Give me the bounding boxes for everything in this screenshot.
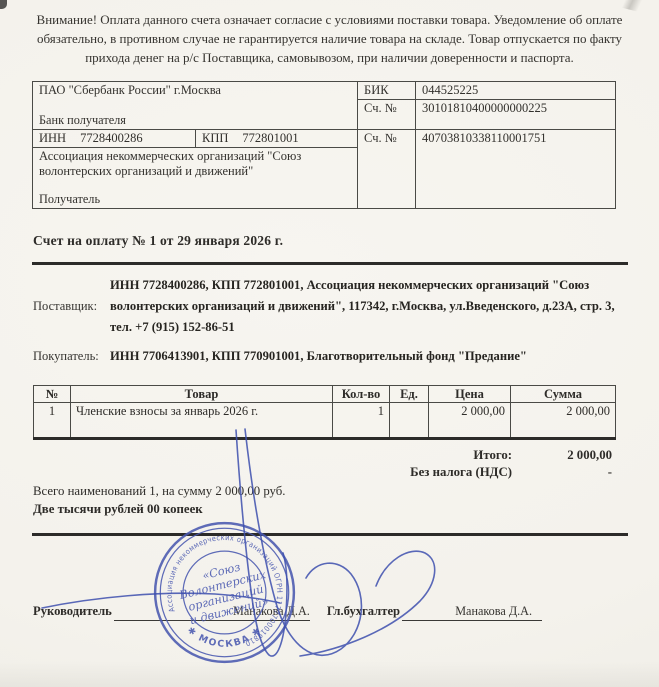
notice-line-2: обязательно, в противном случае не гаран… bbox=[25, 29, 635, 48]
col-header-sum: Сумма bbox=[511, 386, 616, 403]
tax-row: Без налога (НДС) - bbox=[33, 464, 612, 481]
kpp-value: 772801001 bbox=[242, 131, 298, 145]
total-value: 2 000,00 bbox=[512, 447, 612, 464]
scan-bottom-shade bbox=[0, 661, 659, 687]
accountant-signature-line: Манакова Д.А. bbox=[402, 604, 542, 621]
amount-in-words: Две тысячи рублей 00 копеек bbox=[33, 502, 659, 517]
invoice-scan-page: Внимание! Оплата данного счета означает … bbox=[0, 0, 659, 687]
account-value: 40703810338110001751 bbox=[416, 130, 616, 209]
supplier-label: Поставщик: bbox=[33, 299, 110, 314]
notice-line-3: прихода денег на р/с Поставщика, самовыв… bbox=[25, 48, 635, 67]
scan-corner-artifact bbox=[0, 0, 7, 9]
items-count-line: Всего наименований 1, на сумму 2 000,00 … bbox=[33, 484, 659, 499]
item-num: 1 bbox=[34, 403, 71, 439]
totals-block: Итого: 2 000,00 Без налога (НДС) - bbox=[33, 447, 612, 481]
table-row: 1 Членские взносы за январь 2026 г. 1 2 … bbox=[34, 403, 616, 439]
kpp-label: КПП bbox=[202, 131, 228, 145]
item-qty: 1 bbox=[333, 403, 390, 439]
recipient-name: Ассоциация некоммерческих организаций "С… bbox=[39, 149, 369, 179]
inn-cell: ИНН7728400286 bbox=[33, 130, 196, 148]
items-table: № Товар Кол-во Ед. Цена Сумма 1 Членские… bbox=[33, 385, 616, 440]
invoice-title: Счет на оплату № 1 от 29 января 2026 г. bbox=[33, 233, 659, 249]
col-header-num: № bbox=[34, 386, 71, 403]
bank-label: Банк получателя bbox=[39, 113, 351, 128]
inn-value: 7728400286 bbox=[80, 131, 143, 145]
buyer-text: ИНН 7706413901, КПП 770901001, Благотвор… bbox=[110, 346, 527, 367]
director-label: Руководитель bbox=[33, 604, 112, 621]
col-header-price: Цена bbox=[429, 386, 511, 403]
accountant-name: Манакова Д.А. bbox=[455, 604, 542, 620]
bank-details-table: ПАО "Сбербанк России" г.Москва Банк полу… bbox=[32, 81, 616, 209]
notice-line-1: Внимание! Оплата данного счета означает … bbox=[25, 10, 635, 29]
stamp-svg: Ассоциация некоммерческих организаций ОГ… bbox=[152, 520, 297, 665]
buyer-label: Покупатель: bbox=[33, 349, 110, 364]
bik-value: 044525225 bbox=[416, 82, 616, 100]
svg-text:✱ МОСКВА ✱: ✱ МОСКВА ✱ bbox=[185, 625, 264, 650]
items-header-row: № Товар Кол-во Ед. Цена Сумма bbox=[34, 386, 616, 403]
accountant-label: Гл.бухгалтер bbox=[327, 604, 400, 621]
col-header-qty: Кол-во bbox=[333, 386, 390, 403]
recipient-cell: Ассоциация некоммерческих организаций "С… bbox=[33, 148, 358, 209]
total-label: Итого: bbox=[473, 447, 512, 464]
tax-value: - bbox=[512, 464, 612, 481]
buyer-block: Покупатель: ИНН 7706413901, КПП 77090100… bbox=[33, 346, 623, 367]
signatures-row: Руководитель Манакова Д.А. Гл.бухгалтер … bbox=[33, 604, 659, 621]
col-header-unit: Ед. bbox=[390, 386, 429, 403]
item-name: Членские взносы за январь 2026 г. bbox=[71, 403, 333, 439]
total-row: Итого: 2 000,00 bbox=[33, 447, 612, 464]
bank-name: ПАО "Сбербанк России" г.Москва bbox=[39, 83, 351, 98]
payment-notice: Внимание! Оплата данного счета означает … bbox=[25, 0, 635, 67]
inn-label: ИНН bbox=[39, 131, 66, 145]
supplier-text: ИНН 7728400286, КПП 772801001, Ассоциаци… bbox=[110, 275, 623, 338]
corr-account-label: Сч. № bbox=[358, 100, 416, 130]
divider-rule-bottom bbox=[32, 533, 628, 536]
supplier-block: Поставщик: ИНН 7728400286, КПП 772801001… bbox=[33, 275, 623, 338]
organization-stamp: Ассоциация некоммерческих организаций ОГ… bbox=[152, 520, 297, 665]
corr-account-value: 30101810400000000225 bbox=[416, 100, 616, 130]
bank-name-cell: ПАО "Сбербанк России" г.Москва Банк полу… bbox=[33, 82, 358, 130]
col-header-product: Товар bbox=[71, 386, 333, 403]
tax-label: Без налога (НДС) bbox=[410, 464, 512, 481]
recipient-label: Получатель bbox=[39, 192, 351, 207]
kpp-cell: КПП772801001 bbox=[196, 130, 358, 148]
item-unit bbox=[390, 403, 429, 439]
stamp-city-text: ✱ МОСКВА ✱ bbox=[185, 625, 264, 650]
divider-rule-top bbox=[32, 262, 628, 265]
item-sum: 2 000,00 bbox=[511, 403, 616, 439]
item-price: 2 000,00 bbox=[429, 403, 511, 439]
bik-label: БИК bbox=[358, 82, 416, 100]
